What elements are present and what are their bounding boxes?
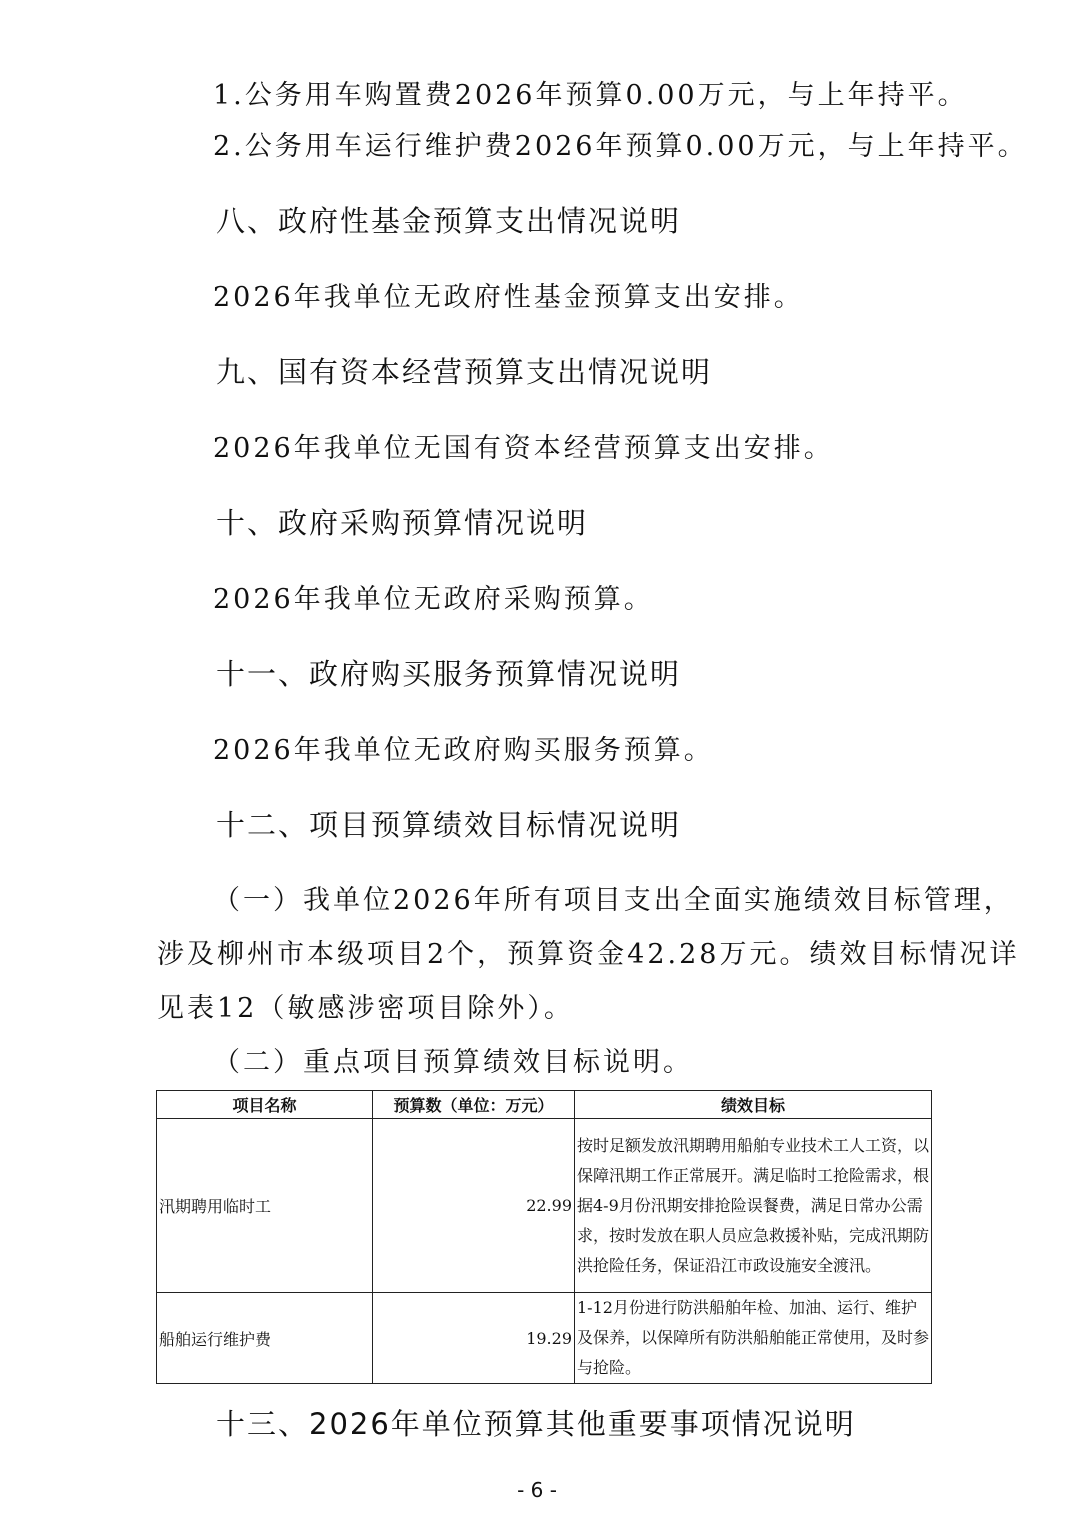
section-8-heading: 八、政府性基金预算支出情况说明 [216, 202, 681, 240]
header-budget-amount: 预算数（单位：万元） [373, 1091, 575, 1119]
section-13-heading: 十三、2026年单位预算其他重要事项情况说明 [216, 1405, 856, 1443]
performance-para-1-line-2: 涉及柳州市本级项目2个，预算资金42.28万元。绩效目标情况详 [157, 937, 1019, 973]
vehicle-maintenance-text: 2.公务用车运行维护费2026年预算0.00万元，与上年持平。 [213, 129, 1028, 165]
performance-para-2: （二）重点项目预算绩效目标说明。 [213, 1045, 693, 1081]
performance-goals-table: 项目名称 预算数（单位：万元） 绩效目标 汛期聘用临时工 22.99 按时足额发… [156, 1090, 932, 1384]
project-name-cell: 船舶运行维护费 [157, 1293, 373, 1384]
section-10-body: 2026年我单位无政府采购预算。 [213, 582, 654, 618]
table-row: 汛期聘用临时工 22.99 按时足额发放汛期聘用船舶专业技术工人工资，以保障汛期… [157, 1119, 932, 1293]
section-12-heading: 十二、项目预算绩效目标情况说明 [216, 806, 681, 844]
header-project-name: 项目名称 [157, 1091, 373, 1119]
section-8-body: 2026年我单位无政府性基金预算支出安排。 [213, 280, 804, 316]
performance-goal-cell: 按时足额发放汛期聘用船舶专业技术工人工资，以保障汛期工作正常展开。满足临时工抢险… [575, 1119, 932, 1293]
performance-goal-cell: 1-12月份进行防洪船舶年检、加油、运行、维护及保养，以保障所有防洪船舶能正常使… [575, 1293, 932, 1384]
performance-para-1-line-1: （一）我单位2026年所有项目支出全面实施绩效目标管理， [213, 883, 1014, 919]
section-11-heading: 十一、政府购买服务预算情况说明 [216, 655, 681, 693]
section-9-heading: 九、国有资本经营预算支出情况说明 [216, 353, 712, 391]
performance-para-1-line-3: 见表12（敏感涉密项目除外）。 [157, 991, 574, 1027]
table-header-row: 项目名称 预算数（单位：万元） 绩效目标 [157, 1091, 932, 1119]
header-performance-goal: 绩效目标 [575, 1091, 932, 1119]
section-11-body: 2026年我单位无政府购买服务预算。 [213, 733, 714, 769]
page-number: - 6 - [0, 1478, 1074, 1502]
table-row: 船舶运行维护费 19.29 1-12月份进行防洪船舶年检、加油、运行、维护及保养… [157, 1293, 932, 1384]
budget-amount-cell: 22.99 [373, 1119, 575, 1293]
project-name-cell: 汛期聘用临时工 [157, 1119, 373, 1293]
budget-amount-cell: 19.29 [373, 1293, 575, 1384]
vehicle-purchase-text: 1.公务用车购置费2026年预算0.00万元，与上年持平。 [213, 78, 968, 114]
section-9-body: 2026年我单位无国有资本经营预算支出安排。 [213, 431, 834, 467]
section-10-heading: 十、政府采购预算情况说明 [216, 504, 588, 542]
